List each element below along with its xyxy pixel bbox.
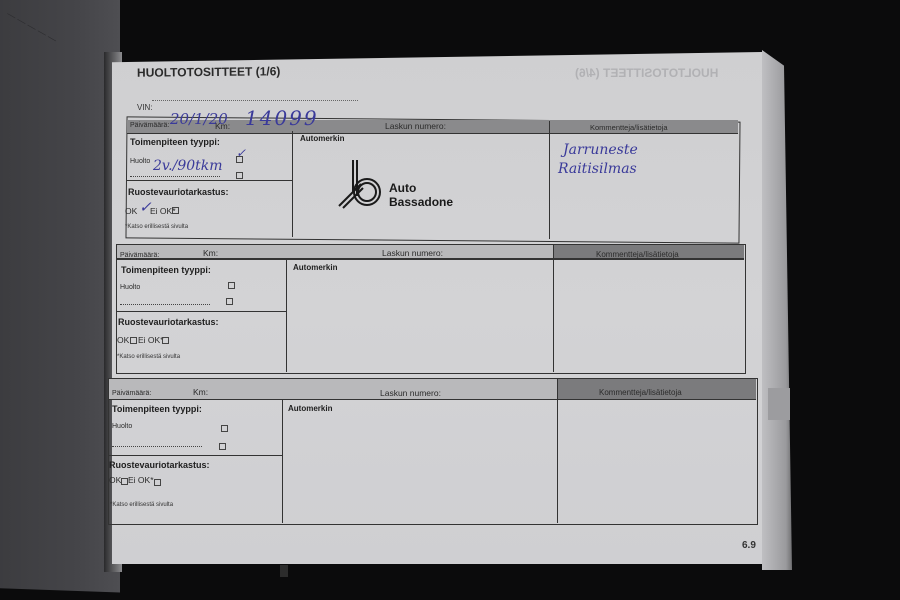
record-3-service-type-label: Toimenpiteen tyyppi: [112, 404, 202, 414]
divider [553, 245, 554, 372]
record-3-date-label: Päivämäärä: [112, 390, 151, 397]
record-3-other-line[interactable] [112, 446, 202, 447]
record-2-notok-checkbox[interactable] [162, 337, 169, 344]
record-1-comment-2[interactable]: Raitisilmas [558, 161, 637, 177]
record-2-ok-checkbox[interactable] [130, 337, 137, 344]
record-1-date-label: Päivämäärä: [130, 122, 169, 129]
left-page-text: — — — — — [5, 9, 58, 45]
record-1-rust-label: Ruostevauriotarkastus: [128, 187, 229, 197]
bleed-through-title: HUOLTOTOSITTEET (4/6) [575, 66, 718, 80]
record-3-service-label: Huolto [112, 423, 132, 430]
record-2-km-label: Km: [203, 248, 218, 258]
record-2-other-checkbox[interactable] [226, 298, 233, 305]
record-2-frame [116, 244, 746, 374]
divider [292, 131, 293, 237]
record-1-service-entry[interactable]: 2v./90tkm [153, 158, 223, 174]
record-2-service-label: Huolto [120, 284, 140, 291]
section-tab-marker [768, 388, 790, 420]
record-3-ok-checkbox[interactable] [121, 478, 128, 485]
divider [286, 260, 287, 372]
record-3-ok-label: OK [109, 475, 121, 485]
record-2-header [117, 245, 553, 259]
record-2-brand-label: Automerkin [293, 263, 337, 272]
record-3-notok-label: Ei OK* [128, 475, 154, 485]
record-1-see-note: *Katso erillisestä sivulta [125, 224, 188, 230]
record-2-service-checkbox[interactable] [228, 282, 235, 289]
divider [109, 455, 283, 456]
divider [127, 180, 293, 181]
record-1-brand-label: Automerkin [300, 134, 344, 143]
vin-label: VIN: [137, 103, 153, 112]
record-3-comments-label: Kommentteja/lisätietoja [599, 388, 682, 397]
record-3-invoice-label: Laskun numero: [380, 388, 441, 398]
record-2-invoice-label: Laskun numero: [382, 248, 443, 258]
record-2-notok-label: Ei OK* [138, 335, 164, 345]
record-2-date-label: Päivämäärä: [120, 252, 159, 259]
page-number: 6.9 [742, 540, 756, 551]
left-page: — — — — — [0, 0, 120, 592]
record-1-other-checkbox[interactable] [236, 172, 243, 179]
record-3-km-label: Km: [193, 387, 208, 397]
divider [549, 121, 550, 239]
record-1-km-label: Km: [215, 121, 230, 131]
record-1-comment-1[interactable]: Jarruneste [563, 142, 638, 158]
record-2-see-note: *Katso erillisestä sivulta [117, 354, 180, 360]
record-1-km-value[interactable]: 14099 [245, 106, 319, 130]
record-1-notok-checkbox[interactable] [172, 207, 179, 214]
record-3-other-checkbox[interactable] [219, 443, 226, 450]
record-3-see-note: *Katso erillisestä sivulta [110, 502, 173, 508]
divider [109, 399, 756, 400]
record-1-service-label: Huolto [130, 158, 150, 165]
record-2-other-line[interactable] [120, 304, 210, 305]
record-1-service-type-label: Toimenpiteen tyyppi: [130, 137, 220, 147]
record-2-comments-label: Kommentteja/lisätietoja [596, 250, 679, 259]
dealer-logo-line1: Auto [389, 181, 416, 195]
record-3-header [109, 379, 557, 400]
record-3-brand-label: Automerkin [288, 404, 332, 413]
divider [117, 311, 287, 312]
record-1-ok-label: OK [125, 206, 137, 216]
page-edges [762, 50, 802, 570]
record-2-ok-label: OK [117, 335, 129, 345]
record-1-invoice-label: Laskun numero: [385, 121, 446, 131]
vin-field[interactable] [152, 100, 358, 101]
dealer-logo-icon [335, 158, 387, 210]
record-3-frame [108, 378, 758, 525]
record-2-rust-label: Ruostevauriotarkastus: [118, 317, 219, 327]
bottom-marker [280, 565, 288, 577]
record-3-rust-label: Ruostevauriotarkastus: [109, 460, 210, 470]
record-2-service-type-label: Toimenpiteen tyyppi: [121, 265, 211, 275]
record-1-comments-label: Kommentteja/lisätietoja [590, 123, 668, 132]
page-title: HUOLTOTOSITTEET (1/6) [137, 64, 280, 80]
record-1-service-checkmark: ✓ [236, 146, 246, 160]
record-3-notok-checkbox[interactable] [154, 479, 161, 486]
divider [282, 400, 283, 523]
record-3-service-checkbox[interactable] [221, 425, 228, 432]
divider [117, 259, 744, 260]
divider [557, 379, 558, 523]
dealer-logo-line2: Bassadone [389, 195, 453, 209]
record-1-other-line[interactable] [130, 176, 220, 177]
